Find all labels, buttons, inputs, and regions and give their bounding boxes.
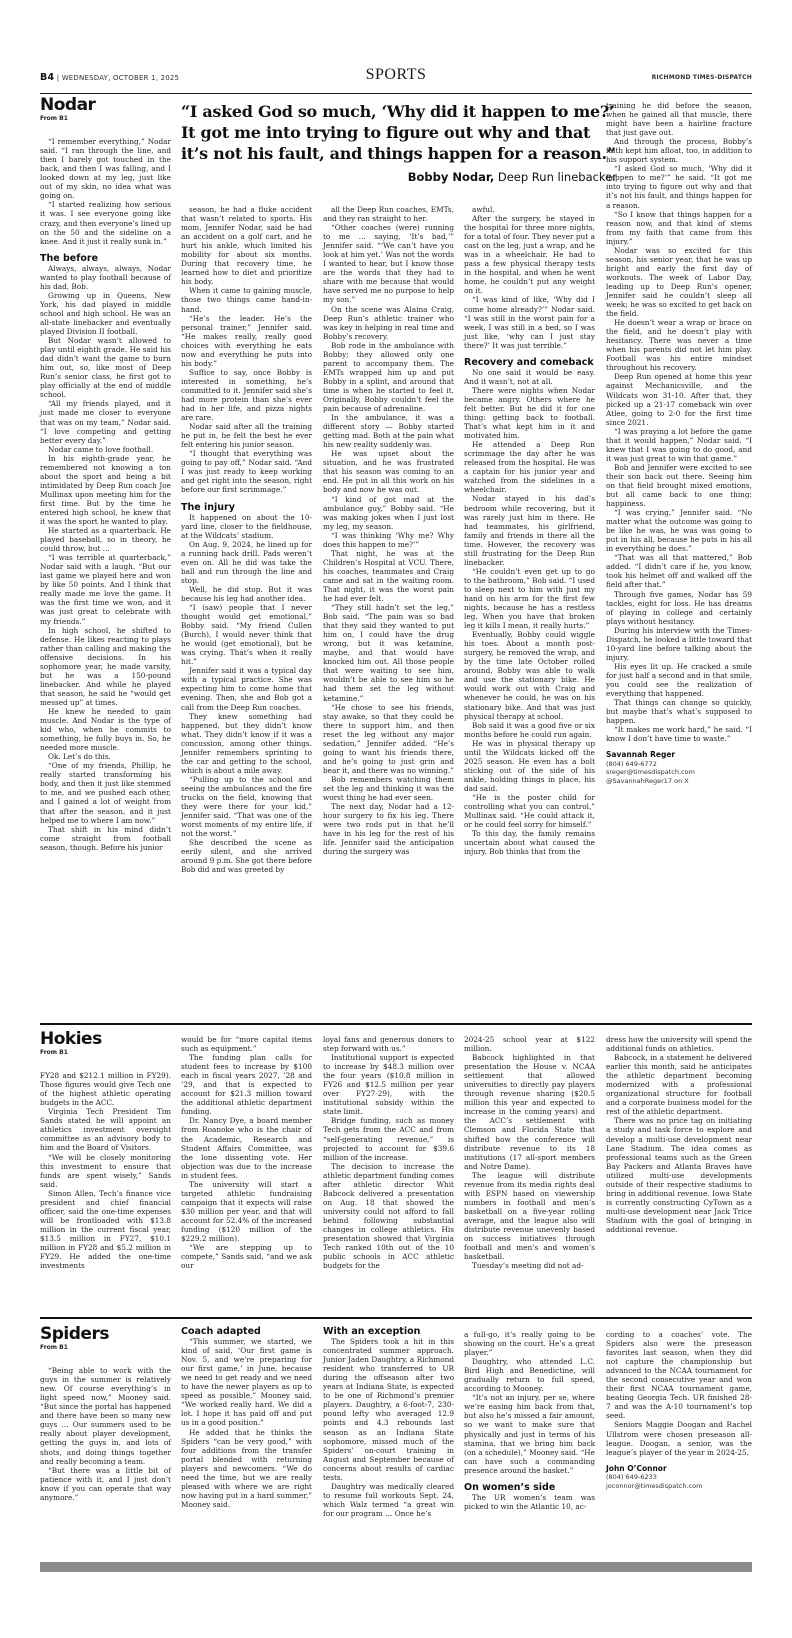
spiders-column-1: Spiders From B1 “Being able to work with…	[40, 1330, 171, 1502]
subhead-the-before: The before	[40, 254, 171, 263]
paragraph: Daughtry was medically cleared to resume…	[323, 1482, 454, 1518]
spiders-column-5: cording to a coaches’ vote. The Spiders …	[606, 1330, 752, 1490]
paragraph: The university will start a targeted ath…	[181, 1180, 312, 1243]
byline-phone: (804) 649-6772	[606, 760, 752, 769]
spiders-column-4: a full-go, it’s really going to be showi…	[464, 1330, 595, 1511]
paragraph: “That was all that mattered,” Bob added.…	[606, 553, 752, 589]
byline-name: John O’Connor	[606, 1465, 752, 1474]
hokies-col4-paragraphs: 2024-25 school year at $122 million.Babc…	[464, 1035, 595, 1270]
paragraph: training he did before the season, when …	[606, 101, 752, 137]
paragraph: Dr. Nancy Dye, a board member from Roano…	[181, 1116, 312, 1179]
spiders-col3-paragraphs: The Spiders took a hit in this concentra…	[323, 1337, 454, 1518]
paragraph: a full-go, it’s really going to be showi…	[464, 1330, 595, 1357]
hokies-column-5: dress how the university will spend the …	[606, 1035, 752, 1234]
paragraph: The funding plan calls for student fees …	[181, 1053, 312, 1116]
paragraph: There was no price tag on initiating a s…	[606, 1116, 752, 1234]
nodar-col1b-paragraphs: Always, always, always, Nodar wanted to …	[40, 264, 171, 852]
paragraph: He knew he needed to gain muscle. And No…	[40, 707, 171, 752]
paragraph: Bridge funding, such as money Tech gets …	[323, 1116, 454, 1161]
paragraph: awful.	[464, 205, 595, 214]
pull-quote: “I asked God so much, ‘Why did it happen…	[181, 101, 621, 164]
paragraph: Suffice to say, once Bobby is interested…	[181, 368, 312, 422]
byline-email[interactable]: joconnor@timesdispatch.com	[606, 1482, 752, 1491]
paragraph: “I was thinking ‘Why me? Why does this h…	[323, 531, 454, 549]
hokies-col2-paragraphs: would be for “more capital items such as…	[181, 1035, 312, 1270]
paragraph: During his interview with the Times-Disp…	[606, 626, 752, 662]
paragraph: Bob and Jennifer were excited to see the…	[606, 463, 752, 508]
paragraph: “But there was a little bit of patience …	[40, 1466, 171, 1502]
paragraph: Seniors Maggie Doogan and Rachel Ullstro…	[606, 1420, 752, 1456]
spiders-col4b-paragraphs: The UR women’s team was picked to win th…	[464, 1493, 595, 1511]
paragraph: “So I know that things happen for a reas…	[606, 210, 752, 246]
hokies-col5-paragraphs: dress how the university will spend the …	[606, 1035, 752, 1234]
jump-from: From B1	[40, 1343, 171, 1352]
paragraph: “This summer, we started, we kind of sai…	[181, 1337, 312, 1427]
paragraph: “I kind of got mad at the ambulance guy,…	[323, 495, 454, 531]
paragraph: His eyes lit up. He cracked a smile for …	[606, 662, 752, 698]
paragraph: In high school, he shifted to defense. H…	[40, 626, 171, 707]
paragraph: cording to a coaches’ vote. The Spiders …	[606, 1330, 752, 1420]
paragraph: To this day, the family remains uncertai…	[464, 829, 595, 856]
paragraph: The league will distribute revenue from …	[464, 1171, 595, 1261]
paragraph: It happened on about the 10-yard line, c…	[181, 513, 312, 540]
paragraph: “I remember everything,” Nodar said. “I …	[40, 137, 171, 200]
story-title-spiders: Spiders	[40, 1330, 171, 1339]
paragraph: Nodar was so excited for this season, hi…	[606, 246, 752, 318]
paragraph: “All my friends played, and it just made…	[40, 399, 171, 444]
paragraph: loyal fans and generous donors to step f…	[323, 1035, 454, 1053]
paragraph: Through five games, Nodar has 59 tackles…	[606, 590, 752, 626]
byline-john-oconnor: John O’Connor (804) 649-6233 joconnor@ti…	[606, 1465, 752, 1491]
nodar-col4b-paragraphs: No one said it would be easy. And it was…	[464, 368, 595, 857]
paragraph: No one said it would be easy. And it was…	[464, 368, 595, 386]
paragraph: “One of my friends, Phillip, he really s…	[40, 761, 171, 824]
paragraph: That things can change so quickly, but m…	[606, 698, 752, 725]
byline-social[interactable]: @SavannahReger17 on X	[606, 777, 752, 786]
paragraph: In the ambulance, it was a different sto…	[323, 413, 454, 449]
nodar-column-2: season, he had a fluke accident that was…	[181, 205, 312, 874]
paragraph: Bob said it was a good five or six month…	[464, 721, 595, 739]
paragraph: Well, he did stop. But it was because hi…	[181, 585, 312, 603]
story-title-hokies: Hokies	[40, 1035, 171, 1044]
spiders-column-3: With an exception The Spiders took a hit…	[323, 1327, 454, 1518]
spiders-column-2: Coach adapted “This summer, we started, …	[181, 1327, 312, 1509]
paragraph: “It’s not an injury, per se, where we’re…	[464, 1393, 595, 1474]
paragraph: “We are stepping up to compete,” Sands s…	[181, 1243, 312, 1270]
paragraph: On the scene was Alaina Craig, Deep Run’…	[323, 305, 454, 341]
hokies-column-4: 2024-25 school year at $122 million.Babc…	[464, 1035, 595, 1270]
paragraph: He started as a quarterback. He played b…	[40, 526, 171, 553]
nodar-col1-paragraphs: “I remember everything,” Nodar said. “I …	[40, 137, 171, 246]
paragraph: She described the scene as eerily silent…	[181, 838, 312, 874]
paragraph: Nodar said after all the training he put…	[181, 422, 312, 449]
paragraph: Virginia Tech President Tim Sands stated…	[40, 1107, 171, 1152]
byline-name: Savannah Reger	[606, 751, 752, 760]
paragraph: Jennifer said it was a typical day with …	[181, 666, 312, 711]
paragraph: “It makes me work hard,” he said. “I kno…	[606, 725, 752, 743]
section-divider	[40, 1317, 752, 1319]
paragraph: He was upset about the situation, and he…	[323, 449, 454, 494]
paragraph: all the Deep Run coaches, EMTs, and they…	[323, 205, 454, 223]
publication-name: RICHMOND TIMES-DISPATCH	[652, 74, 752, 81]
paragraph: Growing up in Queens, New York, his dad …	[40, 291, 171, 336]
paragraph: “He’s the leader. He’s the personal trai…	[181, 314, 312, 368]
paragraph: Nodar came to love football.	[40, 445, 171, 454]
story-title-nodar: Nodar	[40, 101, 171, 110]
paragraph: FY28 and $212.1 million in FY29). Those …	[40, 1071, 171, 1107]
paragraph: There were nights when Nodar became angr…	[464, 386, 595, 440]
nodar-column-5: training he did before the season, when …	[606, 101, 752, 785]
paragraph: Simon Allen, Tech’s finance vice preside…	[40, 1189, 171, 1270]
spiders-col2-paragraphs: “This summer, we started, we kind of sai…	[181, 1337, 312, 1509]
paragraph: Always, always, always, Nodar wanted to …	[40, 264, 171, 291]
nodar-column-4: awful.After the surgery, he stayed in th…	[464, 205, 595, 856]
paragraph: 2024-25 school year at $122 million.	[464, 1035, 595, 1053]
paragraph: Babcock highlighted in that presentation…	[464, 1053, 595, 1171]
paragraph: Daughtry, who attended L.C. Bird High an…	[464, 1357, 595, 1393]
paragraph: When it came to gaining muscle, those tw…	[181, 286, 312, 313]
nodar-col3-paragraphs: all the Deep Run coaches, EMTs, and they…	[323, 205, 454, 856]
footer-bar	[40, 1562, 752, 1572]
jump-from: From B1	[40, 114, 171, 123]
byline-phone: (804) 649-6233	[606, 1473, 752, 1482]
paragraph: “He couldn’t even get up to go to the ba…	[464, 567, 595, 630]
paragraph: He attended a Deep Run scrimmage the day…	[464, 440, 595, 494]
hokies-column-3: loyal fans and generous donors to step f…	[323, 1035, 454, 1270]
paragraph: “I started realizing how serious it was.…	[40, 200, 171, 245]
nodar-col2b-paragraphs: It happened on about the 10-yard line, c…	[181, 513, 312, 875]
paragraph: That night, he was at the Children’s Hos…	[323, 549, 454, 603]
paragraph: would be for “more capital items such as…	[181, 1035, 312, 1053]
paragraph: “I (saw) people that I never thought wou…	[181, 603, 312, 666]
paragraph: Deep Run opened at home this year agains…	[606, 372, 752, 426]
pull-quote-attribution: Bobby Nodar, Deep Run linebacker	[408, 170, 617, 184]
pull-quote-name: Bobby Nodar,	[408, 170, 495, 184]
hokies-column-1: Hokies From B1 FY28 and $212.1 million i…	[40, 1035, 171, 1270]
nodar-column-1: Nodar From B1 “I remember everything,” N…	[40, 101, 171, 852]
jump-from: From B1	[40, 1048, 171, 1057]
paragraph: dress how the university will spend the …	[606, 1035, 752, 1053]
paragraph: Ok. Let’s do this.	[40, 752, 171, 761]
nodar-col2-paragraphs: season, he had a fluke accident that was…	[181, 205, 312, 495]
paragraph: Institutional support is expected to inc…	[323, 1053, 454, 1116]
paragraph: The Spiders took a hit in this concentra…	[323, 1337, 454, 1482]
subhead-with-an-exception: With an exception	[323, 1327, 454, 1336]
nodar-column-3: all the Deep Run coaches, EMTs, and they…	[323, 205, 454, 856]
hokies-column-2: would be for “more capital items such as…	[181, 1035, 312, 1270]
nodar-col5-paragraphs: training he did before the season, when …	[606, 101, 752, 743]
paragraph: “Being able to work with the guys in the…	[40, 1366, 171, 1466]
spiders-col1-paragraphs: “Being able to work with the guys in the…	[40, 1366, 171, 1502]
paragraph: The next day, Nodar had a 12-hour surger…	[323, 802, 454, 856]
subhead-recovery-and-comeback: Recovery and comeback	[464, 358, 595, 367]
paragraph: “I was crying,” Jennifer said. “No matte…	[606, 508, 752, 553]
paragraph: The decision to increase the athletic de…	[323, 1162, 454, 1271]
byline-email[interactable]: sreger@timesdispatch.com	[606, 768, 752, 777]
paragraph: “I was praying a lot before the game tha…	[606, 427, 752, 463]
section-name: SPORTS	[40, 66, 752, 84]
pull-quote-role: Deep Run linebacker	[494, 170, 617, 184]
paragraph: “We will be closely monitoring this inve…	[40, 1153, 171, 1189]
paragraph: He was in physical therapy up until the …	[464, 739, 595, 793]
paragraph: Nodar stayed in his dad’s bedroom while …	[464, 494, 595, 566]
paragraph: On Aug. 9, 2024, he lined up for a runni…	[181, 540, 312, 585]
spiders-col4-paragraphs: a full-go, it’s really going to be showi…	[464, 1330, 595, 1475]
paragraph: “They still hadn’t set the leg,” Bob sai…	[323, 603, 454, 703]
nodar-col4-paragraphs: awful.After the surgery, he stayed in th…	[464, 205, 595, 350]
paragraph: Tuesday’s meeting did not ad-	[464, 1261, 595, 1270]
hokies-col1-paragraphs: FY28 and $212.1 million in FY29). Those …	[40, 1071, 171, 1270]
paragraph: Bob rode in the ambulance with Bobby; th…	[323, 341, 454, 413]
paragraph: They knew something had happened, but th…	[181, 712, 312, 775]
byline-savannah-reger: Savannah Reger (804) 649-6772 sreger@tim…	[606, 751, 752, 785]
paragraph: Bob remembers watching them set the leg …	[323, 775, 454, 802]
hokies-col3-paragraphs: loyal fans and generous donors to step f…	[323, 1035, 454, 1270]
paragraph: The UR women’s team was picked to win th…	[464, 1493, 595, 1511]
paragraph: “I thought that everything was going to …	[181, 449, 312, 494]
paragraph: “Pulling up to the school and seeing the…	[181, 775, 312, 838]
paragraph: In his eighth-grade year, he remembered …	[40, 454, 171, 526]
paragraph: “Other coaches (were) running to me … sa…	[323, 223, 454, 304]
section-divider	[40, 1023, 752, 1025]
subhead-coach-adapted: Coach adapted	[181, 1327, 312, 1336]
paragraph: Eventually, Bobby could wiggle his toes.…	[464, 630, 595, 720]
subhead-the-injury: The injury	[181, 503, 312, 512]
paragraph: “I asked God so much, ‘Why did it happen…	[606, 164, 752, 209]
paragraph: “I was terrible at quarterback,” Nodar s…	[40, 553, 171, 625]
paragraph: “He chose to see his friends, stay awake…	[323, 703, 454, 775]
paragraph: “I was kind of like, ‘Why did I come hom…	[464, 295, 595, 349]
paragraph: “He is the poster child for controlling …	[464, 793, 595, 829]
paragraph: He added that he thinks the Spiders “can…	[181, 1428, 312, 1509]
subhead-on-womens-side: On women’s side	[464, 1483, 595, 1492]
paragraph: And through the process, Bobby’s faith k…	[606, 137, 752, 164]
paragraph: That shift in his mind didn’t come strai…	[40, 825, 171, 852]
spiders-col5-paragraphs: cording to a coaches’ vote. The Spiders …	[606, 1330, 752, 1457]
paragraph: He doesn’t wear a wrap or brace on the f…	[606, 318, 752, 372]
paragraph: Babcock, in a statement he delivered ear…	[606, 1053, 752, 1116]
paragraph: After the surgery, he stayed in the hosp…	[464, 214, 595, 295]
paragraph: But Nodar wasn’t allowed to play until e…	[40, 336, 171, 399]
paragraph: season, he had a fluke accident that was…	[181, 205, 312, 286]
masthead: B4 | WEDNESDAY, OCTOBER 1, 2025 SPORTS R…	[40, 68, 752, 94]
